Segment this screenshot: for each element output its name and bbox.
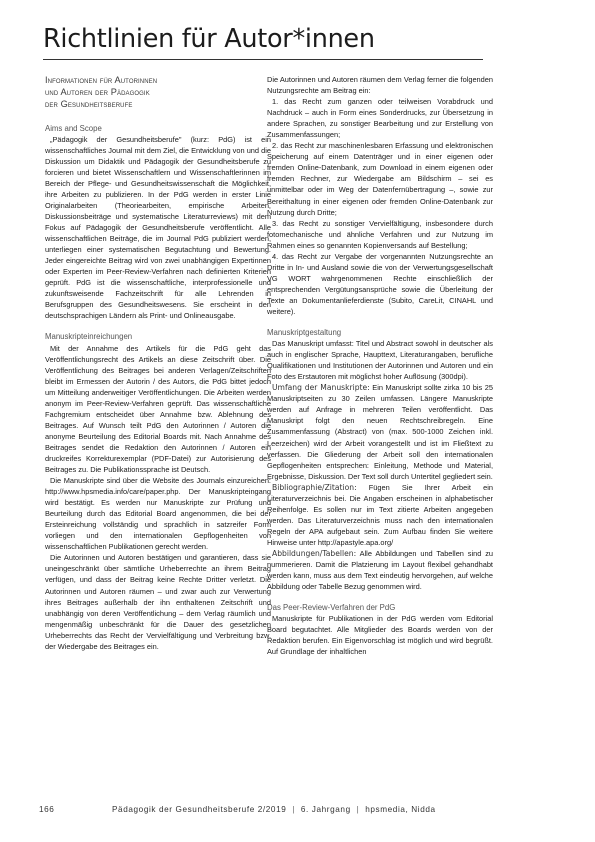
aims-heading: Aims and Scope <box>45 123 271 134</box>
bibliography-text: Fügen Sie Ihrer Arbeit ein Literaturverz… <box>267 483 493 547</box>
bibliography-paragraph: Bibliographie/Zitation: Fügen Sie Ihrer … <box>267 482 493 548</box>
page-title: Richtlinien für Autor*innen <box>43 24 375 54</box>
peer-review-heading: Das Peer-Review-Verfahren der PdG <box>267 602 493 613</box>
footer-separator: | <box>354 805 363 814</box>
publisher: hpsmedia, Nidda <box>365 805 435 814</box>
rights-item: 1. das Recht zum ganzen oder teilweisen … <box>267 96 493 140</box>
volume: 6. Jahrgang <box>301 805 351 814</box>
manuscript-design-paragraph: Das Manuskript umfasst: Titel und Abstra… <box>267 338 493 382</box>
rights-intro: Die Autorinnen und Autoren räumen dem Ve… <box>267 74 493 96</box>
manuscript-submission-heading: Manuskripteinreichungen <box>45 331 271 342</box>
rights-item: 2. das Recht zur maschinenlesbaren Erfas… <box>267 140 493 217</box>
rights-item: 3. das Recht zu sonstiger Vervielfältigu… <box>267 218 493 251</box>
footer-separator: | <box>289 805 298 814</box>
journal-name: Pädagogik der Gesundheitsberufe 2/2019 <box>112 805 286 814</box>
info-heading-line: Informationen für Autorinnen <box>45 74 271 86</box>
left-column: Informationen für Autorinnen und Autoren… <box>45 74 271 652</box>
scope-text: Ein Manuskript sollte zirka 10 bis 25 Ma… <box>267 383 493 480</box>
peer-review-paragraph: Manuskripte für Publikationen in der PdG… <box>267 613 493 657</box>
submission-paragraph: Mit der Annahme des Artikels für die PdG… <box>45 343 271 476</box>
scope-label: Umfang der Manuskripte: <box>272 383 370 392</box>
footer-citation: Pädagogik der Gesundheitsberufe 2/2019 |… <box>112 805 436 814</box>
info-heading: Informationen für Autorinnen und Autoren… <box>45 74 271 111</box>
manuscript-design-heading: Manuskriptgestaltung <box>267 327 493 338</box>
aims-paragraph: „Pädagogik der Gesundheitsberufe" (kurz:… <box>45 134 271 322</box>
bibliography-label: Bibliographie/Zitation: <box>272 483 357 492</box>
page-number: 166 <box>39 805 54 814</box>
figures-label: Abbildungen/Tabellen: <box>272 549 356 558</box>
figures-paragraph: Abbildungen/Tabellen: Alle Abbildungen u… <box>267 548 493 592</box>
info-heading-line: und Autoren der Pädagogik <box>45 86 271 98</box>
submission-paragraph: Die Manuskripte sind über die Website de… <box>45 475 271 552</box>
title-divider <box>43 59 483 60</box>
info-heading-line: der Gesundheitsberufe <box>45 98 271 110</box>
rights-item: 4. das Recht zur Vergabe der vorgenannte… <box>267 251 493 317</box>
right-column: Die Autorinnen und Autoren räumen dem Ve… <box>267 74 493 657</box>
submission-paragraph: Die Autorinnen und Autoren bestätigen un… <box>45 552 271 651</box>
scope-paragraph: Umfang der Manuskripte: Ein Manuskript s… <box>267 382 493 481</box>
